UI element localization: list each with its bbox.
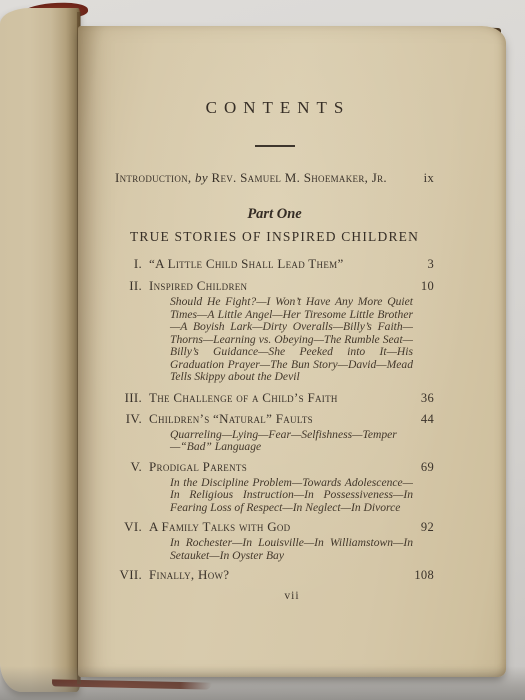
chapter-numeral: II. [115,278,149,293]
toc-row-chapter-4: IV. Children’s “Natural” Faults 44 [115,411,434,427]
intro-author: Rev. Samuel M. Shoemaker, Jr. [211,170,386,185]
chapter-numeral: III. [115,390,149,405]
contents-heading: CONTENTS [115,98,434,118]
heading-rule [255,145,295,147]
chapter-subtopics: In Rochester—In Louisville—In Williamsto… [170,537,413,562]
chapter-title: “A Little Child Shall Lead Them” [149,256,404,271]
toc-row-chapter-6: VI. A Family Talks with God 92 [115,519,434,535]
chapter-page-number: 92 [404,520,434,535]
chapter-subtopics: Should He Fight?—I Won’t Have Any More Q… [170,296,413,384]
chapter-numeral: I. [115,256,149,271]
chapter-page-number: 36 [404,391,434,406]
toc-row-chapter-3: III. The Challenge of a Child’s Faith 36 [115,390,434,406]
book-photo: CONTENTS Introduction, by Rev. Samuel M.… [0,0,525,700]
chapter-page-number: 69 [404,460,434,475]
chapter-title: Inspired Children [149,278,404,293]
contents-page: CONTENTS Introduction, by Rev. Samuel M.… [78,26,506,677]
toc-intro-row: Introduction, by Rev. Samuel M. Shoemake… [115,170,434,186]
chapter-numeral: VII. [115,567,149,582]
chapter-page-number: 10 [404,279,434,294]
part-title: TRUE STORIES OF INSPIRED CHILDREN [115,229,434,245]
toc-row-chapter-5: V. Prodigal Parents 69 [115,459,434,475]
chapter-numeral: V. [115,459,149,474]
chapter-page-number: 44 [404,412,434,427]
intro-entry: Introduction, by Rev. Samuel M. Shoemake… [115,170,404,185]
chapter-title: Children’s “Natural” Faults [149,411,404,426]
intro-by: by [195,170,208,185]
folio-page-number: vii [78,590,506,602]
toc-row-chapter-2: II. Inspired Children 10 [115,278,434,294]
intro-page-number: ix [404,171,434,186]
chapter-numeral: VI. [115,519,149,534]
chapter-numeral: IV. [115,411,149,426]
previous-page-curl [0,8,80,692]
chapter-page-number: 3 [404,257,434,272]
toc-row-chapter-1: I. “A Little Child Shall Lead Them” 3 [115,256,434,272]
chapter-title: Prodigal Parents [149,459,404,474]
page-drop-shadow [0,666,525,700]
contents-text-block: CONTENTS Introduction, by Rev. Samuel M.… [115,26,434,583]
chapter-subtopics: In the Discipline Problem—Towards Adoles… [170,477,413,515]
chapter-subtopics: Quarreling—Lying—Fear—Selfishness—Temper… [170,429,413,454]
chapter-title: A Family Talks with God [149,519,404,534]
chapter-title: The Challenge of a Child’s Faith [149,390,404,405]
part-label: Part One [115,206,434,223]
chapter-page-number: 108 [404,568,434,583]
intro-label: Introduction, [115,170,191,185]
toc-row-chapter-7: VII. Finally, How? 108 [115,567,434,583]
chapter-title: Finally, How? [149,567,404,582]
